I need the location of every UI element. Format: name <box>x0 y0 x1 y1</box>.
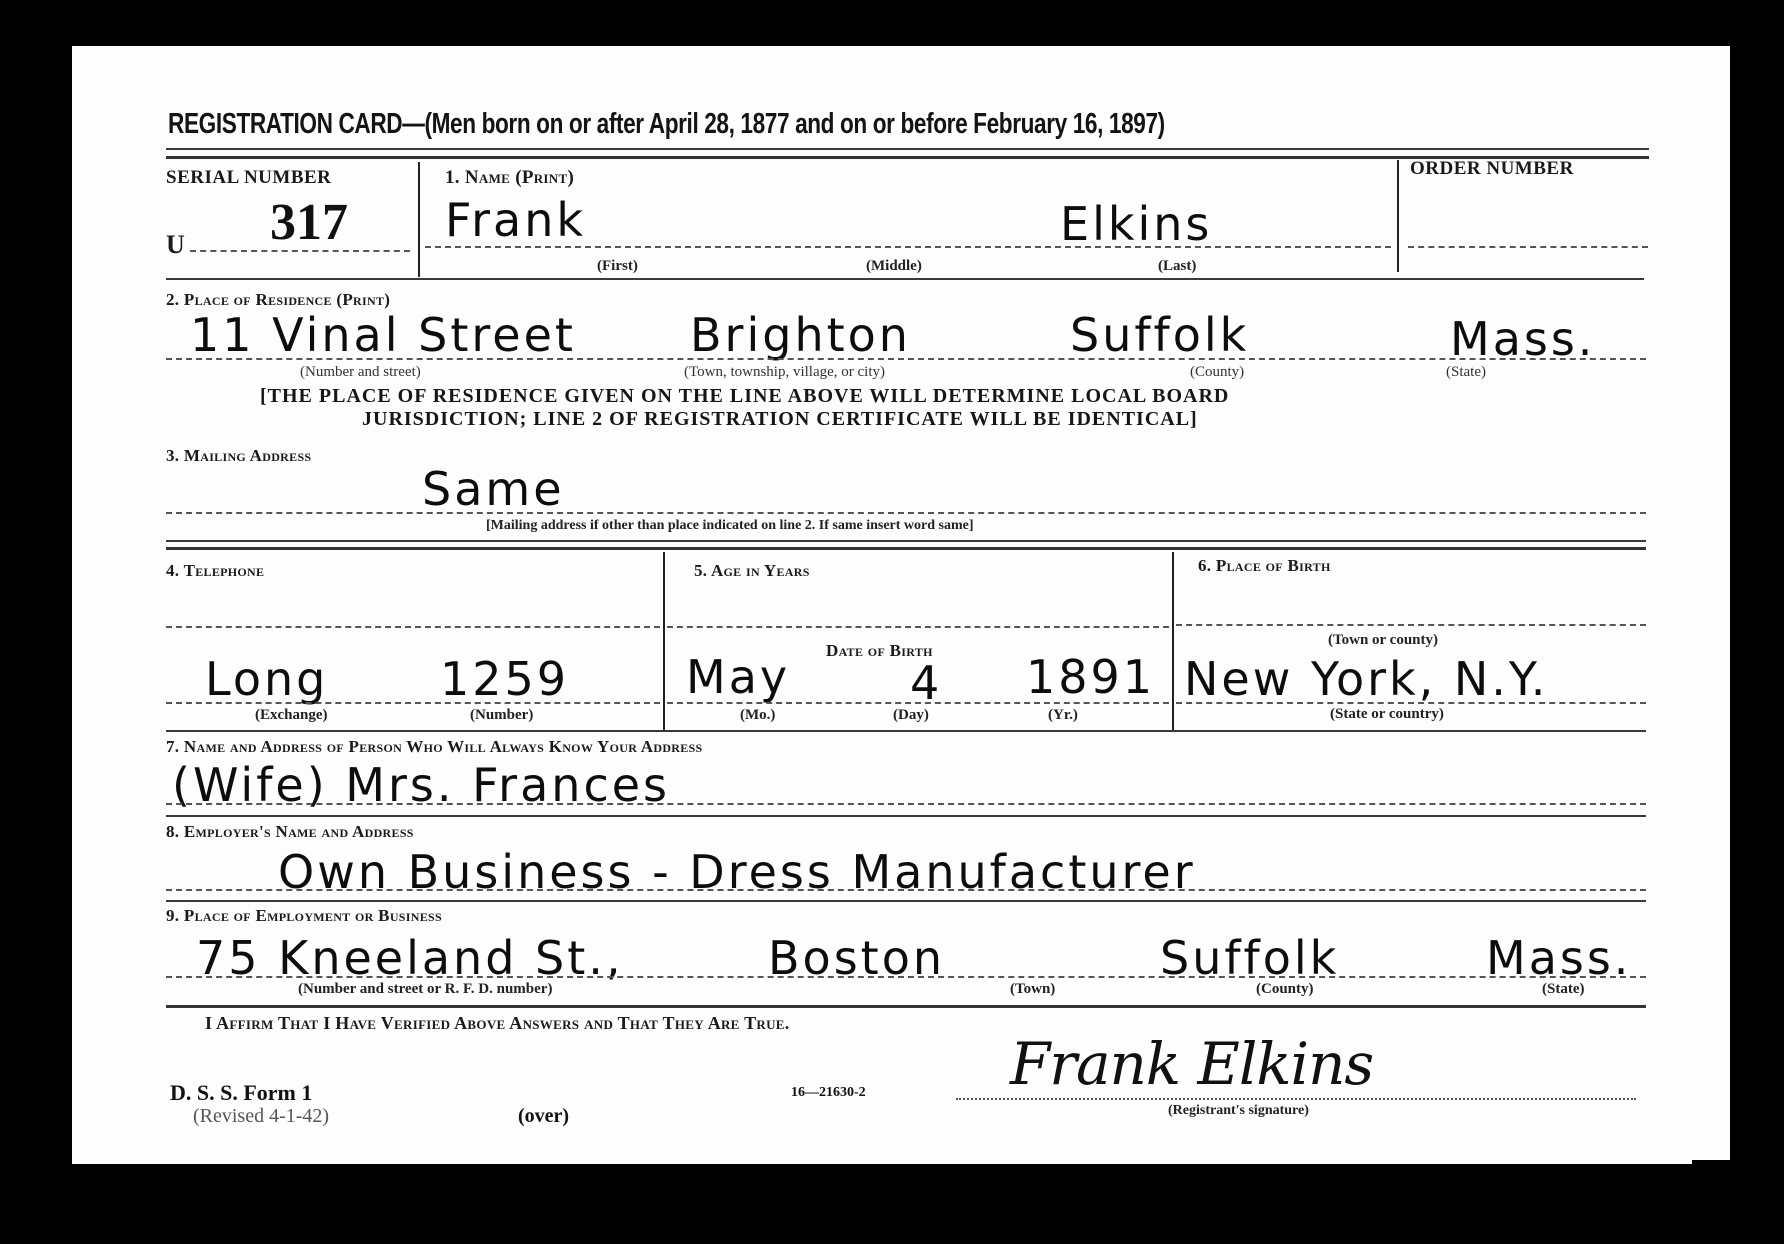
order-divider <box>1397 160 1399 272</box>
row9-rule <box>166 1005 1646 1008</box>
last-name-caption: (Last) <box>1158 258 1196 275</box>
first-name-caption: (First) <box>597 258 638 275</box>
employer-underline <box>166 889 1646 891</box>
row1-rule <box>166 278 1644 280</box>
first-name-value: Frank <box>445 193 586 247</box>
residence-note-line2: JURISDICTION; LINE 2 OF REGISTRATION CER… <box>362 408 1198 431</box>
over-note: (over) <box>518 1105 569 1128</box>
card-corner-notch <box>1692 1160 1732 1200</box>
order-number-label: ORDER NUMBER <box>1410 158 1574 180</box>
registrant-signature: Frank Elkins <box>1010 1030 1373 1098</box>
name-label: 1. Name (Print) <box>445 167 574 189</box>
birthplace-underline <box>1176 702 1646 704</box>
employment-underline <box>166 976 1646 978</box>
employment-town-caption: (Town) <box>1010 981 1055 998</box>
employment-state-caption: (State) <box>1542 981 1584 998</box>
residence-state-caption: (State) <box>1446 364 1486 381</box>
last-name-value: Elkins <box>1060 197 1212 251</box>
employment-county-caption: (County) <box>1256 981 1314 998</box>
employment-place-label: 9. Place of Employment or Business <box>166 906 442 926</box>
row3-rule-2 <box>166 547 1646 550</box>
dob-day-caption: (Day) <box>893 707 929 724</box>
residence-street-value: 11 Vinal Street <box>190 308 576 362</box>
form-revised-date: (Revised 4-1-42) <box>193 1105 329 1128</box>
dob-year-caption: (Yr.) <box>1048 707 1078 724</box>
telephone-number-caption: (Number) <box>470 707 533 724</box>
birthplace-line <box>1176 624 1646 626</box>
telephone-number-value: 1259 <box>440 652 569 706</box>
telephone-top-line <box>166 626 660 628</box>
middle-name-caption: (Middle) <box>866 258 922 275</box>
form-number: D. S. S. Form 1 <box>170 1080 312 1106</box>
serial-prefix: U <box>166 230 185 260</box>
signature-caption: (Registrant's signature) <box>1168 1103 1309 1119</box>
mailing-note: [Mailing address if other than place ind… <box>486 518 974 534</box>
print-code: 16—21630-2 <box>791 1085 866 1101</box>
age-divider <box>1172 552 1174 732</box>
birthplace-state-caption: (State or country) <box>1330 706 1444 723</box>
residence-county-value: Suffolk <box>1070 308 1249 362</box>
residence-county-caption: (County) <box>1190 364 1244 381</box>
dob-month-caption: (Mo.) <box>740 707 775 724</box>
residence-street-caption: (Number and street) <box>300 364 421 381</box>
age-line <box>667 626 1169 628</box>
serial-number-label: SERIAL NUMBER <box>166 167 331 189</box>
residence-town-caption: (Town, township, village, or city) <box>684 364 885 381</box>
place-of-birth-label: 6. Place of Birth <box>1198 556 1331 576</box>
serial-number-value: 317 <box>270 193 348 252</box>
affirmation-text: I Affirm That I Have Verified Above Answ… <box>205 1013 790 1034</box>
contact-person-label: 7. Name and Address of Person Who Will A… <box>166 737 703 757</box>
telephone-underline <box>166 702 660 704</box>
mailing-address-label: 3. Mailing Address <box>166 446 311 466</box>
telephone-divider <box>663 552 665 732</box>
residence-town-value: Brighton <box>690 308 911 362</box>
signature-line[interactable] <box>956 1098 1636 1100</box>
row8-rule <box>166 900 1646 902</box>
card-title: REGISTRATION CARD—(Men born on or after … <box>168 108 1165 141</box>
employer-label: 8. Employer's Name and Address <box>166 822 414 842</box>
serial-underline <box>190 250 410 252</box>
dob-year-value: 1891 <box>1026 650 1155 704</box>
title-rule <box>166 148 1649 150</box>
telephone-label: 4. Telephone <box>166 561 264 581</box>
contact-underline <box>166 803 1646 805</box>
residence-underline <box>166 358 1646 360</box>
birthplace-value: New York, N.Y. <box>1184 652 1548 706</box>
residence-label: 2. Place of Residence (Print) <box>166 290 390 310</box>
mailing-address-value: Same <box>422 462 565 516</box>
row7-rule <box>166 815 1646 817</box>
dob-month-value: May <box>686 650 790 704</box>
name-underline <box>425 246 1391 248</box>
serial-divider <box>418 162 420 277</box>
order-number-field[interactable] <box>1408 246 1648 248</box>
row3-rule <box>166 540 1646 542</box>
employment-street-caption: (Number and street or R. F. D. number) <box>298 981 552 998</box>
mailing-underline <box>166 512 1646 514</box>
age-label: 5. Age in Years <box>694 561 810 581</box>
dob-underline <box>667 702 1169 704</box>
residence-note-line1: [THE PLACE OF RESIDENCE GIVEN ON THE LIN… <box>260 385 1229 408</box>
telephone-exchange-caption: (Exchange) <box>255 707 328 724</box>
telephone-exchange-value: Long <box>205 652 328 706</box>
birthplace-town-caption: (Town or county) <box>1328 632 1438 649</box>
row6-rule <box>166 730 1646 732</box>
